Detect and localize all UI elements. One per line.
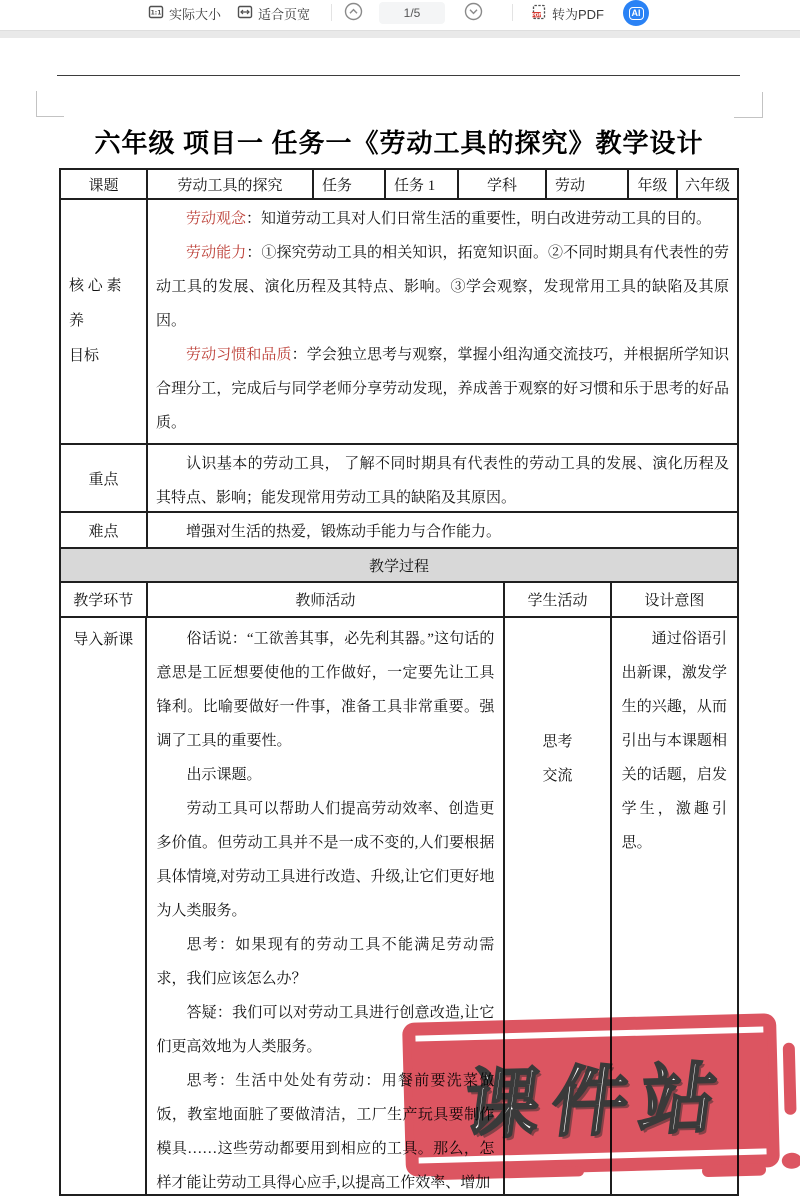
table-row-difficulty: 难点 增强对生活的热爱，锻炼动手能力与合作能力。 [61,511,737,547]
core-heading: 劳动观念 [186,211,246,227]
margin-crop-mark-left [36,91,64,117]
svg-text:1:1: 1:1 [151,9,162,16]
document-title: 六年级 项目一 任务一《劳动工具的探究》教学设计 [59,123,739,160]
page-indicator[interactable]: 1/5 [379,2,445,24]
focus-label: 重点 [61,445,146,511]
student-activity-content: 思考 交流 [503,618,609,1194]
chevron-up-icon [344,2,363,24]
core-literacy-label: 核 心 素 养 目标 [61,200,146,443]
table-row-core-literacy: 核 心 素 养 目标 劳动观念：知道劳动工具对人们日常生活的重要性，明白改进劳动… [61,198,737,443]
teacher-activity-content: 俗话说：“工欲善其事，必先利其器。”这句话的意思是工匠想要使他的工作做好，一定要… [145,618,503,1194]
toolbar-separator [331,4,332,21]
chevron-down-icon [464,2,483,24]
info-value-topic: 劳动工具的探究 [146,170,312,198]
info-label-subject: 学科 [457,170,545,198]
teacher-paragraph: 答疑：我们可以对劳动工具进行创意改造,让它们更高效地为人类服务。 [156,996,494,1064]
table-row-intro-stage: 导入新课 俗话说：“工欲善其事，必先利其器。”这句话的意思是工匠想要使他的工作做… [61,616,737,1194]
table-row-focus: 重点 认识基本的劳动工具， 了解不同时期具有代表性的劳动工具的发展、演化历程及其… [61,443,737,511]
teacher-paragraph: 俗话说：“工欲善其事，必先利其器。”这句话的意思是工匠想要使他的工作做好，一定要… [156,622,494,758]
svg-text:PDF: PDF [532,12,542,18]
info-label-task: 任务 [312,170,384,198]
student-activity-item: 交流 [505,759,609,793]
pdf-icon: PDF [531,4,547,23]
convert-to-pdf-button[interactable]: PDF 转为PDF [531,1,604,25]
header-stage: 教学环节 [61,583,146,616]
info-value-grade: 六年级 [676,170,737,198]
header-intent: 设计意图 [610,583,737,616]
toolbar-separator [512,4,513,21]
table-row-column-headers: 教学环节 教师活动 学生活动 设计意图 [61,581,737,616]
teacher-paragraph: 劳动工具可以帮助人们提高劳动效率、创造更多价值。但劳动工具并不是一成不变的,人们… [156,792,494,928]
core-heading: 劳动能力 [186,245,246,261]
student-activity-item: 思考 [505,725,609,759]
design-intent-content: 通过俗语引出新课，激发学生的兴趣，从而引出与本课题相关的话题，启发学生，激趣引思… [610,618,737,1194]
page-header-rule [57,75,740,76]
info-label-topic: 课题 [61,170,146,198]
difficulty-label: 难点 [61,513,146,547]
fit-width-button[interactable]: 适合页宽 [237,1,310,25]
stage-name: 导入新课 [61,618,145,1194]
fit-width-label: 适合页宽 [258,4,310,23]
margin-crop-mark-right [734,92,763,118]
header-student: 学生活动 [503,583,609,616]
info-label-grade: 年级 [627,170,676,198]
lesson-plan-table: 课题 劳动工具的探究 任务 任务 1 学科 劳动 年级 六年级 核 心 素 养 … [59,168,739,1196]
core-literacy-content: 劳动观念：知道劳动工具对人们日常生活的重要性，明白改进劳动工具的目的。 劳动能力… [146,200,737,443]
table-row-process-header: 教学过程 [61,547,737,581]
actual-size-button[interactable]: 1:1 实际大小 [148,1,221,25]
difficulty-content: 增强对生活的热爱，锻炼动手能力与合作能力。 [146,513,737,547]
teacher-paragraph: 出示课题。 [156,758,494,792]
document-page[interactable]: 六年级 项目一 任务一《劳动工具的探究》教学设计 课题 劳动工具的探究 任务 任… [0,38,800,1200]
header-teacher: 教师活动 [146,583,504,616]
teacher-paragraph: 思考：生活中处处有劳动：用餐前要洗菜做饭，教室地面脏了要做清洁，工厂生产玩具要制… [156,1064,494,1194]
info-value-task: 任务 1 [384,170,457,198]
previous-page-button[interactable] [344,1,363,25]
ai-icon: AI [629,7,644,20]
ai-assistant-button[interactable]: AI [623,0,649,26]
stamp-grunge [782,1153,800,1170]
actual-size-icon: 1:1 [148,4,164,23]
info-value-subject: 劳动 [545,170,627,198]
toolbar-divider [0,30,800,38]
actual-size-label: 实际大小 [169,4,221,23]
convert-to-pdf-label: 转为PDF [552,4,604,23]
table-row-info: 课题 劳动工具的探究 任务 任务 1 学科 劳动 年级 六年级 [61,170,737,198]
fit-width-icon [237,4,253,23]
stamp-grunge [783,1043,797,1115]
app-window: 1:1 实际大小 适合页宽 1/5 PDF 转 [0,0,800,1200]
core-heading: 劳动习惯和品质 [186,347,292,363]
teacher-paragraph: 思考：如果现有的劳动工具不能满足劳动需求，我们应该怎么办？ [156,928,494,996]
toolbar: 1:1 实际大小 适合页宽 1/5 PDF 转 [0,0,800,30]
next-page-button[interactable] [464,1,483,25]
focus-content: 认识基本的劳动工具， 了解不同时期具有代表性的劳动工具的发展、演化历程及其特点、… [146,445,737,511]
